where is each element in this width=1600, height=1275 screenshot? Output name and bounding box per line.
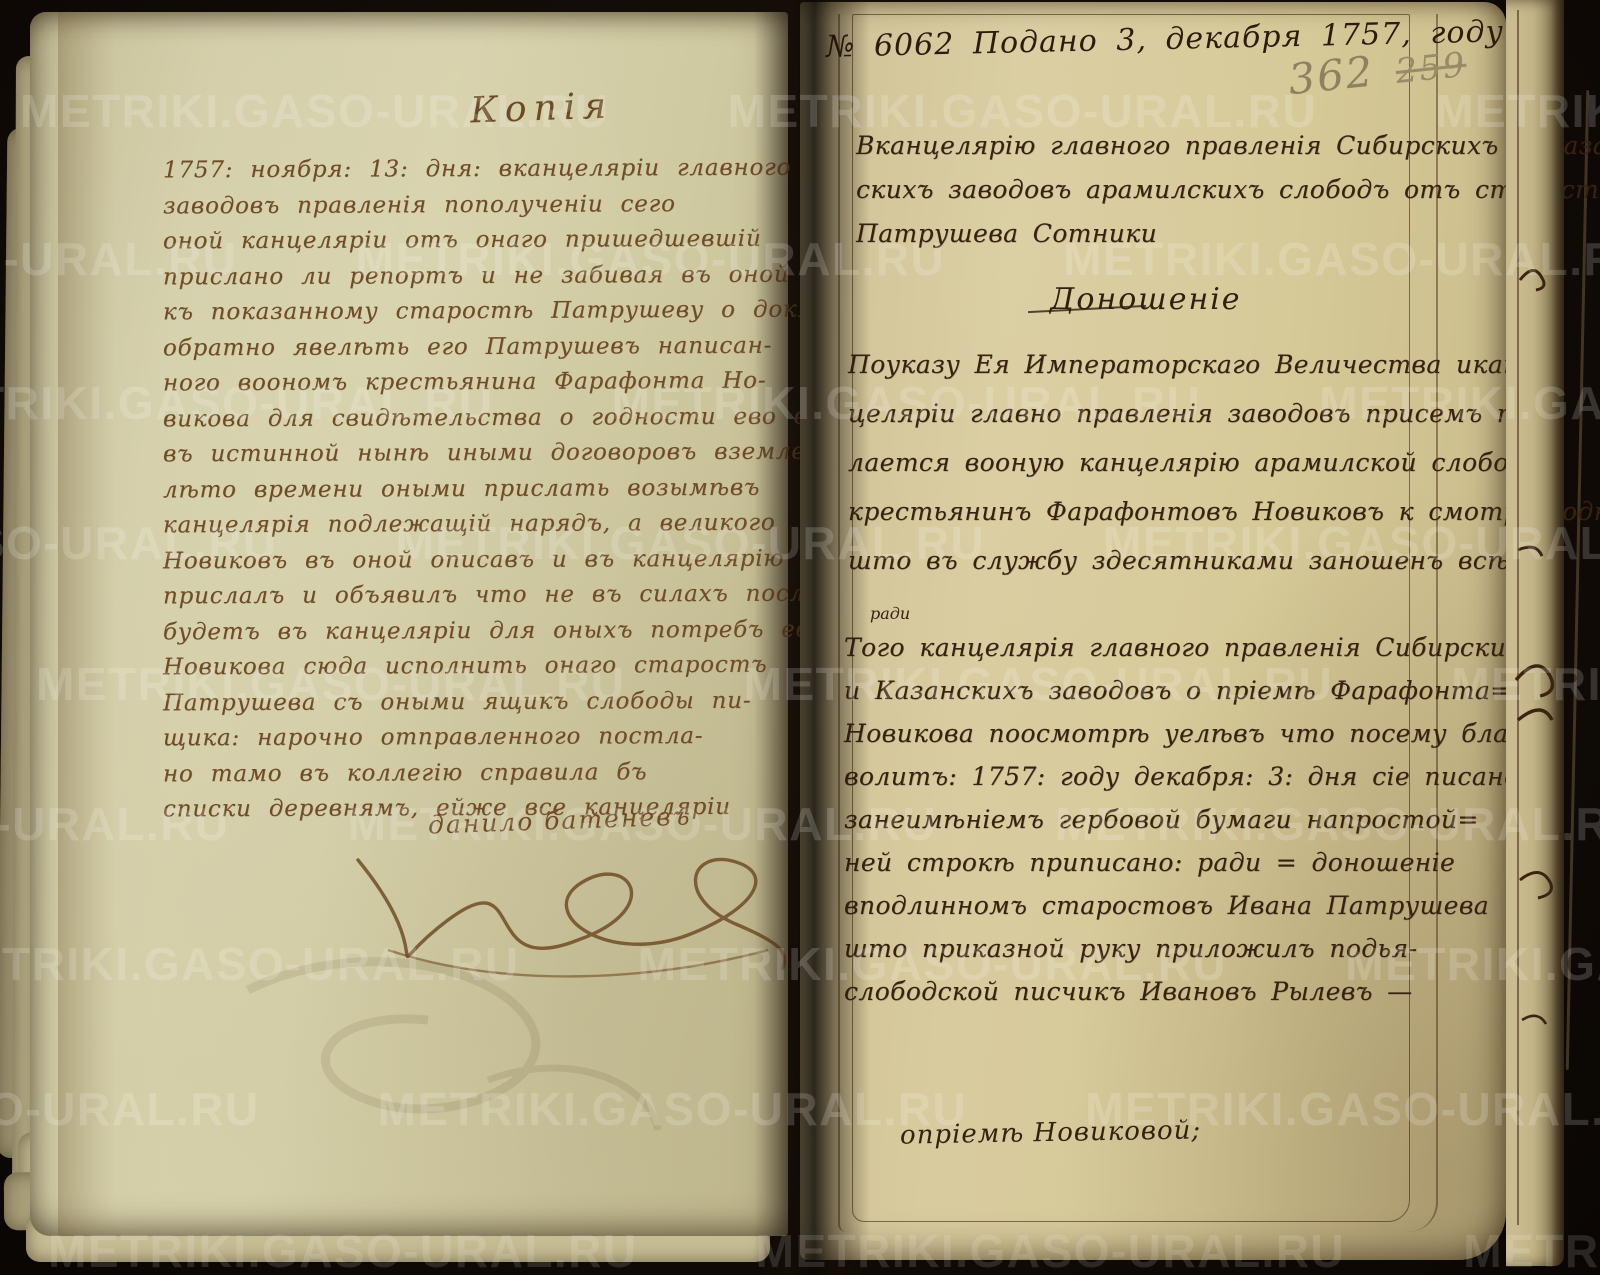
manuscript-line: но тамо въ коллегію справила бъ xyxy=(163,754,799,792)
manuscript-line: прислано ли репортъ и не забивая въ оной xyxy=(163,257,799,295)
manuscript-line: Патрушева съ оными ящикъ слободы пи- xyxy=(163,683,799,721)
manuscript-line: Новикова сюда исполнить онаго старостъ xyxy=(163,648,799,686)
manuscript-line: целяріи главно правленія заводовъ присем… xyxy=(848,389,1430,438)
manuscript-line: обратно явелѣть его Патрушевъ написан- xyxy=(163,328,799,366)
manuscript-line: волитъ: 1757: году декабря: 3: дня сіе п… xyxy=(844,755,1430,798)
manuscript-line: Патрушева Сотники xyxy=(856,212,1422,256)
manuscript-line: къ показанному старостѣ Патрушеву о докл… xyxy=(163,293,799,331)
manuscript-line: будетъ въ канцеляріи для оныхъ потребъ е… xyxy=(163,612,799,650)
left-page-text: 1757: ноября: 13: дня: вканцеляріи главн… xyxy=(163,152,799,827)
manuscript-line: вподлинномъ старостовъ Ивана Патрушева xyxy=(844,884,1430,927)
manuscript-line: што въ службу здесятниками заношенъ всѣм… xyxy=(848,536,1430,585)
resolution-block: Того канцелярія главного правленія Сибир… xyxy=(844,626,1430,1013)
right-page: № 6062 Подано 3, декабря 1757, году 362 … xyxy=(800,2,1506,1260)
manuscript-line: ней строкѣ приписано: ради = доношеніе xyxy=(844,841,1430,884)
interlinear-insertion: ради xyxy=(870,604,910,623)
manuscript-line: канцелярія подлежащій нарядъ, а великого xyxy=(163,506,799,544)
manuscript-line: Новиковъ въ оной описавъ и въ канцелярію xyxy=(163,541,799,579)
left-page: Копія 1757: ноября: 13: дня: вканцеляріи… xyxy=(30,12,788,1236)
manuscript-line: прислалъ и объявилъ что не въ силахъ пос… xyxy=(163,577,799,615)
folio-number-struck: 259 xyxy=(1394,45,1469,92)
address-block: Вканцелярію главного правленія Сибирских… xyxy=(856,124,1422,256)
manuscript-line: крестьянинъ Фарафонтовъ Новиковъ к смотр… xyxy=(848,487,1430,536)
manuscript-line: слободской писчикъ Ивановъ Рылевъ — xyxy=(844,970,1430,1013)
manuscript-line: Вканцелярію главного правленія Сибирских… xyxy=(856,124,1422,168)
manuscript-line: ного воономъ крестьянина Фарафонта Но- xyxy=(163,364,799,402)
manuscript-line: викова для свидѣтельства о годности ево … xyxy=(163,399,799,437)
footer-note: опріемѣ Новиковой; xyxy=(900,1115,1202,1150)
manuscript-line: Новикова поосмотрѣ уелѣвъ что посему бла… xyxy=(844,712,1430,755)
manuscript-line: оной канцеляріи отъ онаго пришедшевшій xyxy=(163,222,799,260)
manuscript-line: въ истинной нынѣ иными договоровъ вземле… xyxy=(163,435,799,473)
manuscript-line: лѣто времени оными прислать возымѣвъ xyxy=(163,470,799,508)
next-page-edge xyxy=(1506,0,1564,1266)
body-block: Поуказу Ея Императорскаго Величества ика… xyxy=(848,340,1430,585)
manuscript-line: скихъ заводовъ арамилскихъ слободъ отъ с… xyxy=(856,168,1422,212)
copy-heading: Копія xyxy=(469,86,613,132)
manuscript-line: Поуказу Ея Императорскаго Величества ика… xyxy=(848,340,1430,389)
manuscript-line: и Казанскихъ заводовъ о пріемѣ Фарафонта… xyxy=(844,669,1430,712)
manuscript-line: занеимѣніемъ гербовой бумаги напростой= xyxy=(844,798,1430,841)
book-edge-leaf xyxy=(1566,90,1590,1070)
manuscript-line: заводовъ правленія пополученіи сего xyxy=(163,186,799,224)
manuscript-scan: Копія 1757: ноября: 13: дня: вканцеляріи… xyxy=(0,0,1600,1275)
manuscript-line: лается вооную канцелярію арамилской слоб… xyxy=(848,438,1430,487)
manuscript-line: што приказной руку приложилъ подья- xyxy=(844,927,1430,970)
paper-stain xyxy=(58,12,116,1236)
manuscript-line: щика: нарочно отправленного постла- xyxy=(163,719,799,757)
manuscript-line: 1757: ноября: 13: дня: вканцеляріи главн… xyxy=(163,151,799,189)
folio-number-current: 362 xyxy=(1286,46,1377,104)
ink-showthrough xyxy=(188,930,708,1160)
manuscript-line: Того канцелярія главного правленія Сибир… xyxy=(844,626,1430,669)
donoshenie-heading: Доношеніе xyxy=(1050,282,1242,317)
next-page-ink-marks xyxy=(1506,120,1564,1220)
